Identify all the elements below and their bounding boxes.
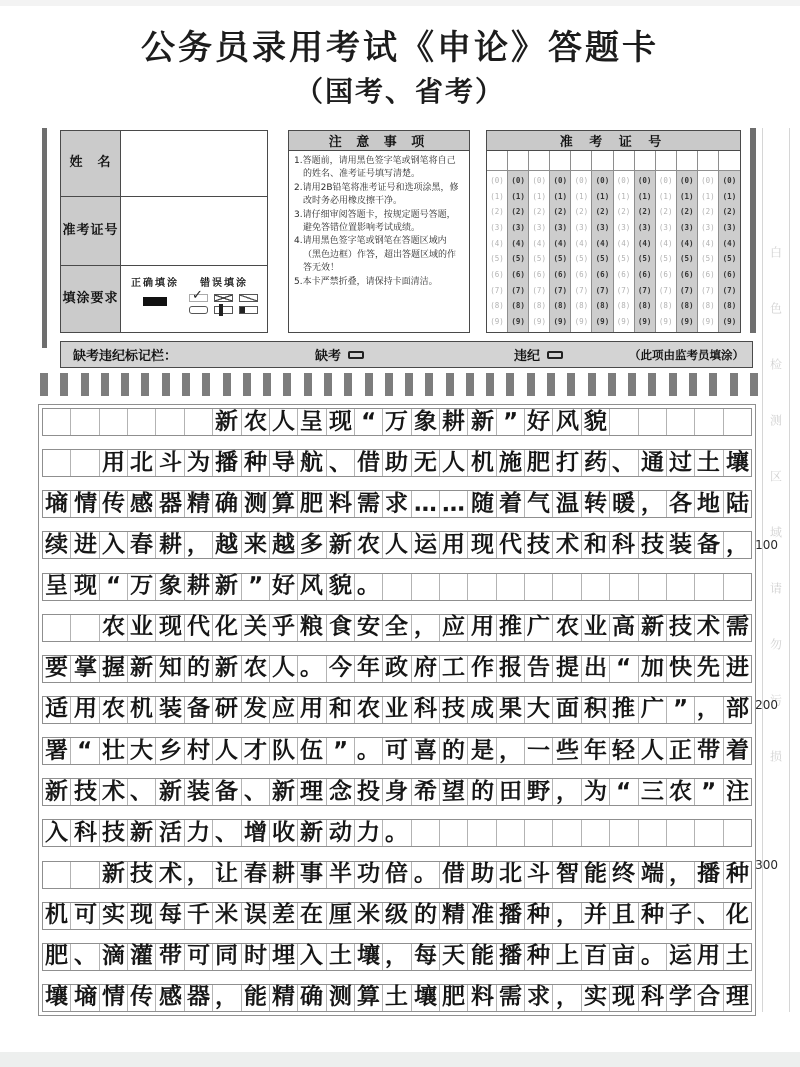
essay-cell[interactable]: 用 [71, 697, 99, 723]
essay-cell[interactable] [100, 409, 128, 435]
bubble-1[interactable]: (1) [490, 193, 504, 201]
essay-cell[interactable]: 种 [525, 944, 553, 970]
bubble-4[interactable]: (4) [638, 240, 652, 248]
bubble-6[interactable]: (6) [554, 271, 568, 279]
essay-cell[interactable]: 实 [582, 985, 610, 1011]
essay-cell[interactable] [383, 574, 411, 600]
essay-cell[interactable]: 农 [242, 656, 270, 682]
bubble-1[interactable]: (1) [680, 193, 694, 201]
essay-cell[interactable]: 关 [242, 615, 270, 641]
essay-cell[interactable]: 新 [128, 656, 156, 682]
ticket-write-cell[interactable] [592, 151, 612, 171]
essay-cell[interactable]: 要 [43, 656, 71, 682]
essay-cell[interactable]: 新 [43, 779, 71, 805]
bubble-3[interactable]: (3) [511, 224, 525, 232]
essay-cell[interactable]: 学 [667, 985, 695, 1011]
essay-cell[interactable]: 装 [667, 532, 695, 558]
bubble-0[interactable]: (0) [701, 177, 715, 185]
essay-cell[interactable]: 、 [327, 450, 355, 476]
essay-cell[interactable]: 倍 [383, 862, 411, 888]
essay-cell[interactable]: 快 [667, 656, 695, 682]
essay-cell[interactable]: 运 [412, 532, 440, 558]
essay-cell[interactable]: 现 [156, 615, 184, 641]
bubble-5[interactable]: (5) [596, 255, 610, 263]
essay-cell[interactable]: 知 [156, 656, 184, 682]
essay-cell[interactable]: 传 [100, 491, 128, 517]
essay-cell[interactable]: 万 [383, 409, 411, 435]
bubble-1[interactable]: (1) [723, 193, 737, 201]
essay-cell[interactable] [468, 574, 496, 600]
essay-cell[interactable]: 现 [327, 409, 355, 435]
bubble-8[interactable]: (8) [723, 302, 737, 310]
essay-cell[interactable] [525, 574, 553, 600]
essay-cell[interactable]: 时 [242, 944, 270, 970]
essay-cell[interactable]: 些 [553, 738, 581, 764]
essay-cell[interactable]: 广 [639, 697, 667, 723]
essay-cell[interactable]: 壤 [724, 450, 751, 476]
essay-cell[interactable]: 理 [298, 779, 326, 805]
bubble-1[interactable]: (1) [596, 193, 610, 201]
essay-cell[interactable]: 能 [468, 944, 496, 970]
essay-cell[interactable]: 积 [582, 697, 610, 723]
essay-cell[interactable]: 适 [43, 697, 71, 723]
essay-cell[interactable]: 同 [213, 944, 241, 970]
essay-cell[interactable]: 用 [440, 532, 468, 558]
essay-cell[interactable]: 技 [639, 532, 667, 558]
essay-cell[interactable]: ” [695, 779, 723, 805]
essay-cell[interactable]: 喜 [412, 738, 440, 764]
essay-cell[interactable]: 农 [553, 615, 581, 641]
essay-cell[interactable] [582, 574, 610, 600]
essay-cell[interactable]: 和 [327, 697, 355, 723]
essay-cell[interactable]: 大 [128, 738, 156, 764]
bubble-9[interactable]: (9) [554, 318, 568, 326]
bubble-2[interactable]: (2) [723, 208, 737, 216]
essay-cell[interactable]: … [412, 491, 440, 517]
essay-cell[interactable]: 带 [156, 944, 184, 970]
essay-cell[interactable]: 象 [156, 574, 184, 600]
essay-cell[interactable]: 代 [497, 532, 525, 558]
essay-cell[interactable]: ” [497, 409, 525, 435]
ticket-write-cell[interactable] [550, 151, 570, 171]
essay-cell[interactable] [667, 820, 695, 846]
essay-cell[interactable]: 动 [327, 820, 355, 846]
essay-cell[interactable]: 求 [383, 491, 411, 517]
essay-cell[interactable] [639, 409, 667, 435]
essay-cell[interactable] [185, 409, 213, 435]
essay-cell[interactable] [43, 615, 71, 641]
essay-cell[interactable]: 望 [440, 779, 468, 805]
bubble-2[interactable]: (2) [659, 208, 673, 216]
essay-cell[interactable]: 来 [242, 532, 270, 558]
essay-cell[interactable]: 风 [553, 409, 581, 435]
bubble-4[interactable]: (4) [511, 240, 525, 248]
essay-cell[interactable]: 北 [128, 450, 156, 476]
essay-cell[interactable]: 告 [525, 656, 553, 682]
bubble-4[interactable]: (4) [680, 240, 694, 248]
essay-cell[interactable]: 种 [525, 903, 553, 929]
essay-cell[interactable]: 成 [468, 697, 496, 723]
essay-cell[interactable]: 精 [185, 491, 213, 517]
essay-cell[interactable]: 备 [695, 532, 723, 558]
essay-cell[interactable]: 。 [355, 738, 383, 764]
bubble-5[interactable]: (5) [511, 255, 525, 263]
essay-cell[interactable]: 差 [270, 903, 298, 929]
essay-cell[interactable]: 每 [156, 903, 184, 929]
essay-cell[interactable]: 肥 [298, 491, 326, 517]
essay-cell[interactable]: 年 [355, 656, 383, 682]
essay-cell[interactable] [610, 574, 638, 600]
essay-cell[interactable]: 术 [553, 532, 581, 558]
essay-cell[interactable]: 发 [242, 697, 270, 723]
essay-cell[interactable]: 肥 [440, 985, 468, 1011]
essay-cell[interactable]: 现 [128, 903, 156, 929]
essay-cell[interactable]: 导 [270, 450, 298, 476]
essay-cell[interactable]: 。 [298, 656, 326, 682]
essay-cell[interactable] [128, 409, 156, 435]
bubble-6[interactable]: (6) [680, 271, 694, 279]
essay-cell[interactable] [497, 820, 525, 846]
essay-cell[interactable]: “ [100, 574, 128, 600]
bubble-0[interactable]: (0) [617, 177, 631, 185]
essay-cell[interactable]: 确 [298, 985, 326, 1011]
essay-cell[interactable]: 让 [213, 862, 241, 888]
ticket-write-cell[interactable] [529, 151, 549, 171]
essay-cell[interactable]: 希 [412, 779, 440, 805]
essay-cell[interactable]: ， [497, 738, 525, 764]
bubble-9[interactable]: (9) [511, 318, 525, 326]
essay-cell[interactable]: 农 [667, 779, 695, 805]
bubble-2[interactable]: (2) [532, 208, 546, 216]
essay-cell[interactable]: 壮 [100, 738, 128, 764]
bubble-4[interactable]: (4) [575, 240, 589, 248]
bubble-7[interactable]: (7) [532, 287, 546, 295]
essay-cell[interactable]: 先 [695, 656, 723, 682]
essay-cell[interactable]: 果 [497, 697, 525, 723]
bubble-2[interactable]: (2) [617, 208, 631, 216]
ticket-write-cell[interactable] [508, 151, 528, 171]
essay-cell[interactable]: 多 [298, 532, 326, 558]
essay-cell[interactable]: 合 [695, 985, 723, 1011]
essay-cell[interactable]: 春 [128, 532, 156, 558]
bubble-4[interactable]: (4) [617, 240, 631, 248]
bubble-8[interactable]: (8) [659, 302, 673, 310]
essay-cell[interactable]: 业 [582, 615, 610, 641]
essay-cell[interactable]: 万 [128, 574, 156, 600]
essay-cell[interactable]: 求 [525, 985, 553, 1011]
essay-cell[interactable]: 百 [582, 944, 610, 970]
essay-cell[interactable]: 通 [639, 450, 667, 476]
essay-cell[interactable]: 机 [43, 903, 71, 929]
essay-cell[interactable]: 需 [355, 491, 383, 517]
essay-cell[interactable]: 科 [610, 532, 638, 558]
essay-cell[interactable]: 新 [270, 779, 298, 805]
bubble-7[interactable]: (7) [490, 287, 504, 295]
bubble-5[interactable]: (5) [723, 255, 737, 263]
essay-cell[interactable]: 耕 [156, 532, 184, 558]
bubble-8[interactable]: (8) [701, 302, 715, 310]
bubble-6[interactable]: (6) [490, 271, 504, 279]
bubble-4[interactable]: (4) [723, 240, 737, 248]
essay-cell[interactable]: 智 [553, 862, 581, 888]
essay-cell[interactable]: 陆 [724, 491, 751, 517]
essay-cell[interactable]: 安 [355, 615, 383, 641]
bubble-2[interactable]: (2) [490, 208, 504, 216]
essay-cell[interactable]: 新 [213, 409, 241, 435]
essay-cell[interactable]: 越 [213, 532, 241, 558]
bubble-2[interactable]: (2) [596, 208, 610, 216]
essay-cell[interactable] [724, 574, 751, 600]
bubble-8[interactable]: (8) [680, 302, 694, 310]
ticket-write-cell[interactable] [571, 151, 591, 171]
essay-cell[interactable]: 米 [355, 903, 383, 929]
essay-cell[interactable]: 掌 [71, 656, 99, 682]
bubble-3[interactable]: (3) [638, 224, 652, 232]
bubble-8[interactable]: (8) [532, 302, 546, 310]
essay-cell[interactable]: 出 [582, 656, 610, 682]
bubble-1[interactable]: (1) [511, 193, 525, 201]
bubble-3[interactable]: (3) [723, 224, 737, 232]
essay-cell[interactable]: 象 [412, 409, 440, 435]
essay-cell[interactable]: 。 [355, 574, 383, 600]
essay-cell[interactable]: 终 [610, 862, 638, 888]
bubble-1[interactable]: (1) [575, 193, 589, 201]
bubble-7[interactable]: (7) [575, 287, 589, 295]
bubble-8[interactable]: (8) [575, 302, 589, 310]
essay-cell[interactable]: 技 [525, 532, 553, 558]
essay-cell[interactable]: 术 [695, 615, 723, 641]
bubble-0[interactable]: (0) [511, 177, 525, 185]
essay-cell[interactable]: 并 [582, 903, 610, 929]
essay-cell[interactable]: 进 [724, 656, 751, 682]
essay-cell[interactable]: 呈 [43, 574, 71, 600]
essay-cell[interactable]: 播 [695, 862, 723, 888]
bubble-0[interactable]: (0) [554, 177, 568, 185]
essay-cell[interactable]: 新 [468, 409, 496, 435]
bubble-3[interactable]: (3) [554, 224, 568, 232]
essay-cell[interactable]: 打 [553, 450, 581, 476]
ticket-write-cell[interactable] [487, 151, 507, 171]
essay-cell[interactable]: 貌 [582, 409, 610, 435]
essay-cell[interactable]: 壤 [412, 985, 440, 1011]
essay-cell[interactable]: 亩 [610, 944, 638, 970]
essay-cell[interactable] [582, 820, 610, 846]
essay-cell[interactable]: 科 [412, 697, 440, 723]
essay-cell[interactable]: 、 [71, 944, 99, 970]
ticket-write-cell[interactable] [656, 151, 676, 171]
essay-cell[interactable]: 随 [468, 491, 496, 517]
essay-cell[interactable]: 播 [497, 944, 525, 970]
essay-cell[interactable]: 活 [156, 820, 184, 846]
essay-cell[interactable]: 的 [468, 779, 496, 805]
bubble-6[interactable]: (6) [617, 271, 631, 279]
essay-cell[interactable]: 传 [128, 985, 156, 1011]
essay-cell[interactable] [724, 409, 751, 435]
bubble-2[interactable]: (2) [680, 208, 694, 216]
bubble-0[interactable]: (0) [575, 177, 589, 185]
essay-cell[interactable]: 北 [497, 862, 525, 888]
bubble-4[interactable]: (4) [490, 240, 504, 248]
essay-cell[interactable]: 风 [298, 574, 326, 600]
essay-cell[interactable]: 滴 [100, 944, 128, 970]
essay-cell[interactable]: 转 [582, 491, 610, 517]
essay-cell[interactable]: 业 [383, 697, 411, 723]
essay-cell[interactable]: 施 [497, 450, 525, 476]
essay-cell[interactable]: 实 [100, 903, 128, 929]
essay-cell[interactable]: 装 [185, 779, 213, 805]
essay-cell[interactable]: 部 [724, 697, 751, 723]
bubble-2[interactable]: (2) [701, 208, 715, 216]
bubble-5[interactable]: (5) [701, 255, 715, 263]
bubble-2[interactable]: (2) [638, 208, 652, 216]
essay-cell[interactable]: 增 [242, 820, 270, 846]
bubble-2[interactable]: (2) [511, 208, 525, 216]
essay-cell[interactable]: 投 [355, 779, 383, 805]
essay-cell[interactable]: 机 [128, 697, 156, 723]
essay-cell[interactable]: 应 [270, 697, 298, 723]
essay-cell[interactable]: 灌 [128, 944, 156, 970]
bubble-9[interactable]: (9) [701, 318, 715, 326]
essay-cell[interactable]: … [440, 491, 468, 517]
essay-cell[interactable]: 上 [553, 944, 581, 970]
bubble-5[interactable]: (5) [554, 255, 568, 263]
ticket-write-cell[interactable] [677, 151, 697, 171]
essay-cell[interactable]: 半 [327, 862, 355, 888]
essay-cell[interactable]: 术 [100, 779, 128, 805]
essay-cell[interactable]: 貌 [327, 574, 355, 600]
ticket-number-field[interactable] [121, 197, 267, 265]
essay-cell[interactable]: 科 [639, 985, 667, 1011]
essay-cell[interactable]: 农 [355, 532, 383, 558]
essay-cell[interactable]: 理 [724, 985, 751, 1011]
essay-cell[interactable] [71, 450, 99, 476]
essay-cell[interactable]: 农 [355, 697, 383, 723]
essay-cell[interactable]: 用 [468, 615, 496, 641]
essay-cell[interactable] [156, 409, 184, 435]
essay-cell[interactable]: 的 [440, 738, 468, 764]
bubble-7[interactable]: (7) [617, 287, 631, 295]
essay-cell[interactable]: 助 [468, 862, 496, 888]
essay-cell[interactable]: 新 [298, 820, 326, 846]
essay-cell[interactable]: 墒 [71, 985, 99, 1011]
essay-cell[interactable]: 伍 [298, 738, 326, 764]
essay-cell[interactable]: 加 [639, 656, 667, 682]
essay-cell[interactable] [639, 820, 667, 846]
bubble-7[interactable]: (7) [511, 287, 525, 295]
bubble-1[interactable]: (1) [659, 193, 673, 201]
essay-cell[interactable]: 测 [327, 985, 355, 1011]
essay-cell[interactable]: “ [355, 409, 383, 435]
essay-cell[interactable] [553, 574, 581, 600]
essay-cell[interactable]: 壤 [355, 944, 383, 970]
essay-cell[interactable]: ， [553, 779, 581, 805]
essay-cell[interactable]: 着 [497, 491, 525, 517]
bubble-4[interactable]: (4) [659, 240, 673, 248]
essay-cell[interactable]: 在 [298, 903, 326, 929]
bubble-9[interactable]: (9) [596, 318, 610, 326]
bubble-3[interactable]: (3) [680, 224, 694, 232]
bubble-3[interactable]: (3) [701, 224, 715, 232]
bubble-7[interactable]: (7) [554, 287, 568, 295]
essay-cell[interactable]: 身 [383, 779, 411, 805]
essay-cell[interactable]: 现 [71, 574, 99, 600]
essay-cell[interactable]: 土 [724, 944, 751, 970]
essay-cell[interactable]: 种 [724, 862, 751, 888]
essay-cell[interactable]: 广 [525, 615, 553, 641]
essay-cell[interactable]: 野 [525, 779, 553, 805]
essay-cell[interactable]: 端 [639, 862, 667, 888]
essay-cell[interactable]: 每 [412, 944, 440, 970]
name-field[interactable] [121, 131, 267, 196]
essay-cell[interactable]: 农 [100, 697, 128, 723]
essay-cell[interactable]: 过 [667, 450, 695, 476]
essay-cell[interactable]: 斗 [156, 450, 184, 476]
essay-cell[interactable]: 且 [610, 903, 638, 929]
essay-cell[interactable]: 装 [156, 697, 184, 723]
essay-cell[interactable]: 技 [440, 697, 468, 723]
essay-cell[interactable]: 的 [412, 903, 440, 929]
essay-cell[interactable] [497, 574, 525, 600]
bubble-0[interactable]: (0) [659, 177, 673, 185]
bubble-5[interactable]: (5) [532, 255, 546, 263]
essay-cell[interactable]: 运 [667, 944, 695, 970]
essay-cell[interactable]: 需 [497, 985, 525, 1011]
essay-cell[interactable]: 农 [100, 615, 128, 641]
essay-cell[interactable]: 越 [270, 532, 298, 558]
essay-cell[interactable]: 机 [468, 450, 496, 476]
essay-cell[interactable]: 高 [610, 615, 638, 641]
bubble-6[interactable]: (6) [723, 271, 737, 279]
essay-cell[interactable]: 乎 [270, 615, 298, 641]
bubble-5[interactable]: (5) [638, 255, 652, 263]
essay-cell[interactable]: 才 [242, 738, 270, 764]
essay-cell[interactable]: 土 [383, 985, 411, 1011]
essay-cell[interactable]: 入 [43, 820, 71, 846]
essay-cell[interactable] [695, 574, 723, 600]
essay-cell[interactable]: ” [242, 574, 270, 600]
essay-cell[interactable]: 食 [327, 615, 355, 641]
bubble-9[interactable]: (9) [575, 318, 589, 326]
essay-cell[interactable]: 术 [156, 862, 184, 888]
essay-cell[interactable]: ， [724, 532, 751, 558]
bubble-1[interactable]: (1) [554, 193, 568, 201]
essay-cell[interactable]: ， [185, 862, 213, 888]
essay-cell[interactable]: 算 [270, 491, 298, 517]
essay-cell[interactable]: 好 [270, 574, 298, 600]
essay-cell[interactable]: 可 [383, 738, 411, 764]
essay-cell[interactable]: “ [610, 779, 638, 805]
essay-cell[interactable]: 乡 [156, 738, 184, 764]
essay-cell[interactable]: 。 [383, 820, 411, 846]
essay-cell[interactable]: 应 [440, 615, 468, 641]
bubble-6[interactable]: (6) [532, 271, 546, 279]
bubble-5[interactable]: (5) [575, 255, 589, 263]
essay-cell[interactable]: “ [610, 656, 638, 682]
essay-cell[interactable]: 化 [213, 615, 241, 641]
essay-cell[interactable]: 注 [724, 779, 751, 805]
essay-cell[interactable]: 。 [639, 944, 667, 970]
bubble-0[interactable]: (0) [596, 177, 610, 185]
essay-cell[interactable]: 可 [185, 944, 213, 970]
essay-cell[interactable] [639, 574, 667, 600]
bubble-5[interactable]: (5) [617, 255, 631, 263]
bubble-7[interactable]: (7) [701, 287, 715, 295]
essay-cell[interactable]: 用 [298, 697, 326, 723]
essay-cell[interactable]: 人 [270, 656, 298, 682]
essay-cell[interactable]: 航 [298, 450, 326, 476]
essay-cell[interactable]: 政 [383, 656, 411, 682]
essay-cell[interactable] [43, 409, 71, 435]
